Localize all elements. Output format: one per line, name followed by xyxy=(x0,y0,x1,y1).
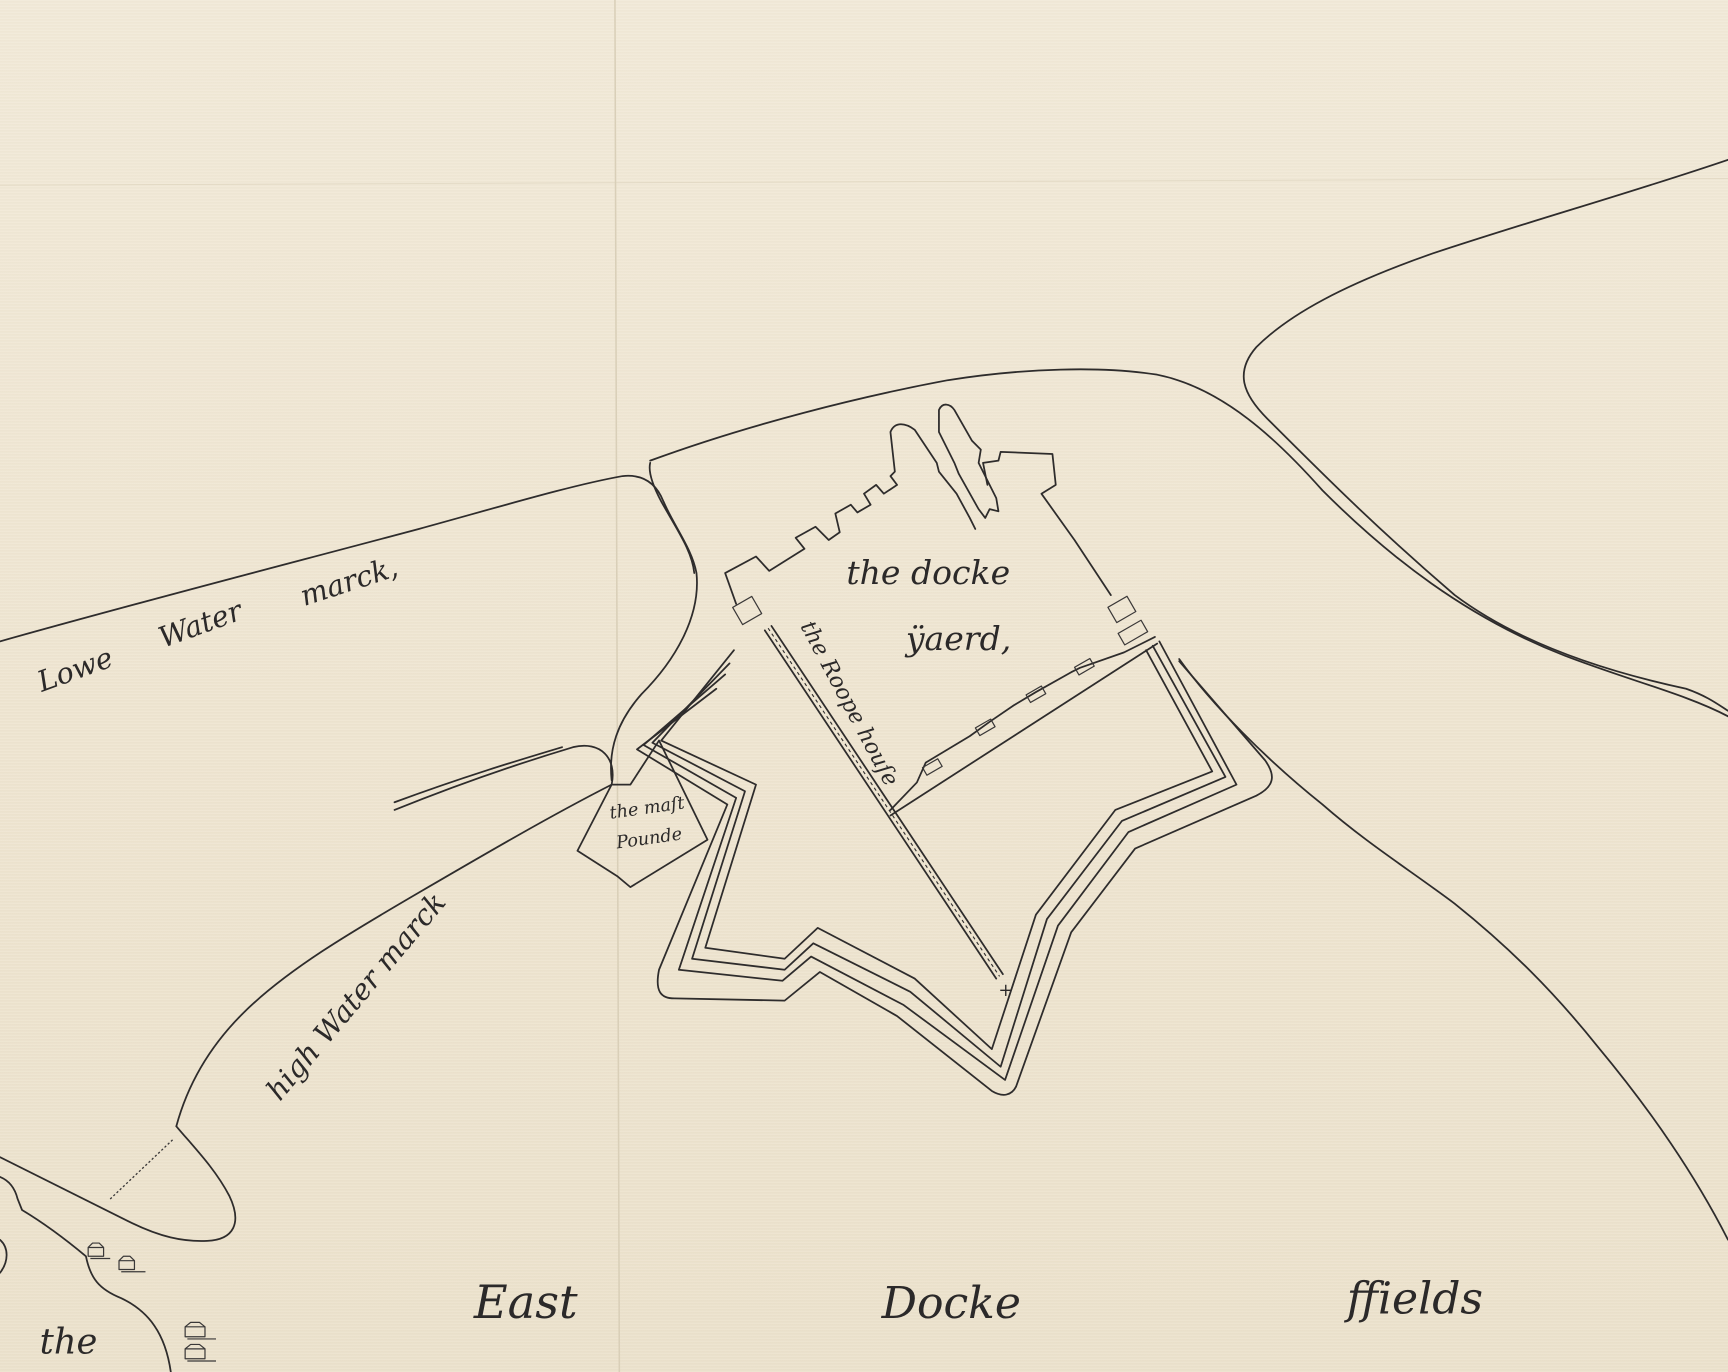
east-tower-2 xyxy=(1118,620,1148,645)
fort-wall-inner xyxy=(661,650,1212,1049)
label-the: the xyxy=(40,1321,98,1362)
label-fields: ffields xyxy=(1344,1274,1483,1325)
east-tower-1 xyxy=(1108,596,1136,622)
label-mast-pound-1: the maſt xyxy=(608,793,686,823)
river-east-bank-upper xyxy=(1244,160,1728,711)
label-high-water-marck: high Water marck xyxy=(259,885,452,1106)
lower-left-spit xyxy=(0,1126,235,1241)
creek-lower-line-2 xyxy=(395,747,563,802)
glacis-outline xyxy=(637,661,1272,1095)
dockyard-fortification: + xyxy=(577,405,1271,1095)
fort-wall-mid xyxy=(652,646,1225,1067)
se-crenellated-wall xyxy=(890,637,1154,810)
label-lowe: Lowe xyxy=(32,640,118,699)
dockyard-shoreline xyxy=(650,369,1728,716)
label-east: East xyxy=(473,1275,578,1329)
house-icons xyxy=(88,1243,216,1361)
label-roope-house: the Roope houſe xyxy=(795,617,903,790)
historic-map: + Lowe Water marck, high Water marck the… xyxy=(0,0,1728,1372)
vertical-fold-line xyxy=(615,0,619,1372)
chain-line xyxy=(110,1138,174,1199)
label-water: Water xyxy=(154,592,249,654)
se-inner-wall xyxy=(890,644,1157,816)
rope-house xyxy=(765,626,1003,979)
left-edge-curve xyxy=(0,1240,7,1273)
wall-towers xyxy=(922,658,1094,775)
label-mast-pound-2: Pounde xyxy=(614,824,683,853)
low-water-mark-line xyxy=(0,476,697,780)
map-drawing: + Lowe Water marck, high Water marck the… xyxy=(0,0,1728,1372)
river-west-bank-lower xyxy=(1179,659,1728,1240)
label-docke-yaerd-2: ÿaerd, xyxy=(904,619,1011,658)
label-docke: Docke xyxy=(881,1278,1021,1329)
label-docke-yaerd-1: the docke xyxy=(846,553,1010,592)
label-marck: marck, xyxy=(296,549,402,612)
horizontal-fold-line xyxy=(0,179,1728,186)
west-tower xyxy=(733,596,762,624)
